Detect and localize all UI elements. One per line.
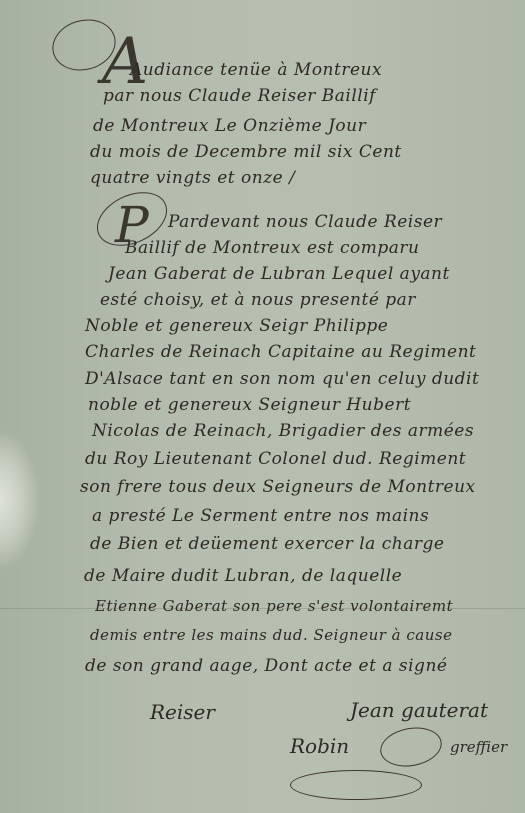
signature-paraph [290,770,422,800]
signature-paraph-right [377,723,445,771]
text-line: du Roy Lieutenant Colonel dud. Regiment [85,449,466,469]
text-line: de Montreux Le Onzième Jour [93,116,366,136]
text-line: demis entre les mains dud. Seigneur à ca… [90,626,452,644]
text-line: par nous Claude Reiser Baillif [103,86,376,106]
text-line: Noble et genereux Seigr Philippe [85,316,388,336]
text-line: Nicolas de Reinach, Brigadier des armées [92,421,474,441]
text-line: Etienne Gaberat son pere s'est volontair… [95,597,453,615]
signature-jean-gauterat: Jean gauterat [350,698,488,722]
clerk-label: greffier [450,738,507,756]
text-line: Pardevant nous Claude Reiser [168,212,442,232]
text-line: a presté Le Serment entre nos mains [92,506,429,526]
text-line: du mois de Decembre mil six Cent [90,142,402,162]
text-line: Baillif de Montreux est comparu [125,238,419,258]
signature-robin: Robin [290,734,349,758]
text-line: D'Alsace tant en son nom qu'en celuy dud… [85,369,479,389]
text-line: esté choisy, et à nous presenté par [100,290,416,310]
text-line: Audiance tenüe à Montreux [130,60,382,80]
manuscript-page: A Audiance tenüe à Montreux par nous Cla… [0,0,525,813]
text-line: son frere tous deux Seigneurs de Montreu… [80,477,476,497]
text-line: Charles de Reinach Capitaine au Regiment [85,342,476,362]
text-line: Jean Gaberat de Lubran Lequel ayant [108,264,450,284]
signature-reiser: Reiser [150,700,215,724]
text-line: de son grand aage, Dont acte et a signé [85,656,447,676]
text-line: de Maire dudit Lubran, de laquelle [84,566,402,586]
text-line: noble et genereux Seigneur Hubert [88,395,411,415]
text-line: quatre vingts et onze / [90,168,295,188]
text-line: de Bien et deüement exercer la charge [90,534,444,554]
